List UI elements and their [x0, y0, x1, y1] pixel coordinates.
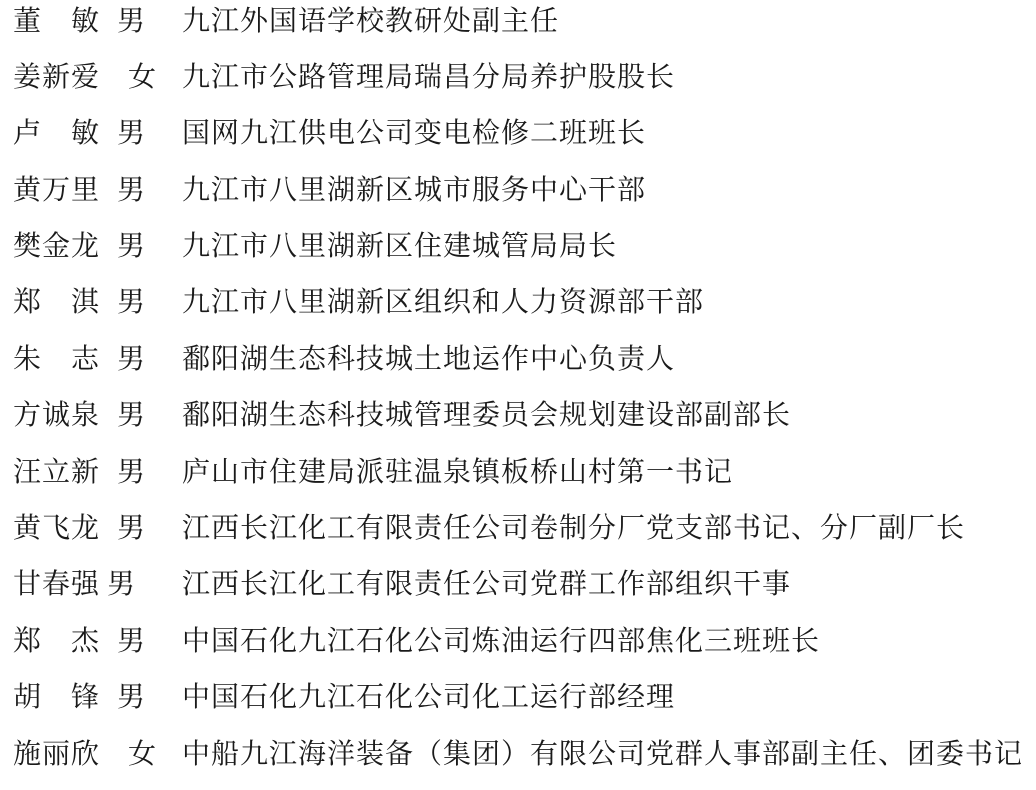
person-name: 黄万里	[13, 177, 117, 205]
list-item: 甘春强 男 江西长江化工有限责任公司党群工作部组织干事	[0, 564, 1036, 620]
person-name: 施丽欣	[13, 741, 117, 769]
person-name: 卢 敏	[13, 120, 117, 148]
person-name: 胡 锋	[13, 684, 117, 712]
person-name: 方诚泉	[13, 402, 117, 430]
list-item: 胡 锋 男 中国石化九江石化公司化工运行部经理	[0, 677, 1036, 733]
person-gender: 女	[117, 741, 182, 769]
person-name: 甘春强	[13, 571, 117, 599]
person-name: 黄飞龙	[13, 515, 117, 543]
person-title: 九江市公路管理局瑞昌分局养护股股长	[182, 64, 1036, 92]
person-title: 中国石化九江石化公司化工运行部经理	[182, 684, 1036, 712]
list-item: 黄飞龙 男 江西长江化工有限责任公司卷制分厂党支部书记、分厂副厂长	[0, 508, 1036, 564]
person-gender: 男	[117, 177, 182, 205]
person-gender: 男	[117, 8, 182, 36]
person-gender: 男	[107, 571, 182, 599]
person-title: 江西长江化工有限责任公司党群工作部组织干事	[182, 571, 1036, 599]
person-title: 九江市八里湖新区城市服务中心干部	[182, 177, 1036, 205]
person-title: 九江外国语学校教研处副主任	[182, 8, 1036, 36]
list-item: 朱 志 男 鄱阳湖生态科技城土地运作中心负责人	[0, 338, 1036, 394]
person-title: 国网九江供电公司变电检修二班班长	[182, 120, 1036, 148]
person-title: 江西长江化工有限责任公司卷制分厂党支部书记、分厂副厂长	[182, 515, 1036, 543]
person-gender: 男	[117, 459, 182, 487]
person-name: 董 敏	[13, 8, 117, 36]
person-gender: 男	[117, 515, 182, 543]
person-name: 朱 志	[13, 346, 117, 374]
list-item: 郑 淇 男 九江市八里湖新区组织和人力资源部干部	[0, 282, 1036, 338]
list-item: 姜新爱 女 九江市公路管理局瑞昌分局养护股股长	[0, 56, 1036, 112]
list-item: 董 敏 男 九江外国语学校教研处副主任	[0, 0, 1036, 56]
list-item: 樊金龙 男 九江市八里湖新区住建城管局局长	[0, 226, 1036, 282]
list-item: 汪立新 男 庐山市住建局派驻温泉镇板桥山村第一书记	[0, 451, 1036, 507]
list-item: 方诚泉 男 鄱阳湖生态科技城管理委员会规划建设部副部长	[0, 395, 1036, 451]
document-page: 董 敏 男 九江外国语学校教研处副主任 姜新爱 女 九江市公路管理局瑞昌分局养护…	[0, 0, 1036, 790]
person-name: 郑 淇	[13, 289, 117, 317]
list-item: 黄万里 男 九江市八里湖新区城市服务中心干部	[0, 169, 1036, 225]
person-name: 姜新爱	[13, 64, 117, 92]
person-title: 鄱阳湖生态科技城土地运作中心负责人	[182, 346, 1036, 374]
person-name: 汪立新	[13, 459, 117, 487]
list-item: 卢 敏 男 国网九江供电公司变电检修二班班长	[0, 113, 1036, 169]
person-title: 中国石化九江石化公司炼油运行四部焦化三班班长	[182, 628, 1036, 656]
person-gender: 男	[117, 120, 182, 148]
list-item: 施丽欣 女 中船九江海洋装备（集团）有限公司党群人事部副主任、团委书记	[0, 733, 1036, 789]
list-item: 郑 杰 男 中国石化九江石化公司炼油运行四部焦化三班班长	[0, 620, 1036, 676]
person-title: 九江市八里湖新区组织和人力资源部干部	[182, 289, 1036, 317]
person-title: 九江市八里湖新区住建城管局局长	[182, 233, 1036, 261]
person-title: 鄱阳湖生态科技城管理委员会规划建设部副部长	[182, 402, 1036, 430]
person-gender: 男	[117, 233, 182, 261]
person-gender: 男	[117, 402, 182, 430]
name-list: 董 敏 男 九江外国语学校教研处副主任 姜新爱 女 九江市公路管理局瑞昌分局养护…	[0, 0, 1036, 789]
person-title: 中船九江海洋装备（集团）有限公司党群人事部副主任、团委书记	[182, 741, 1036, 769]
person-gender: 女	[117, 64, 182, 92]
person-name: 樊金龙	[13, 233, 117, 261]
person-title: 庐山市住建局派驻温泉镇板桥山村第一书记	[182, 459, 1036, 487]
person-name: 郑 杰	[13, 628, 117, 656]
person-gender: 男	[117, 628, 182, 656]
person-gender: 男	[117, 289, 182, 317]
person-gender: 男	[117, 346, 182, 374]
person-gender: 男	[117, 684, 182, 712]
